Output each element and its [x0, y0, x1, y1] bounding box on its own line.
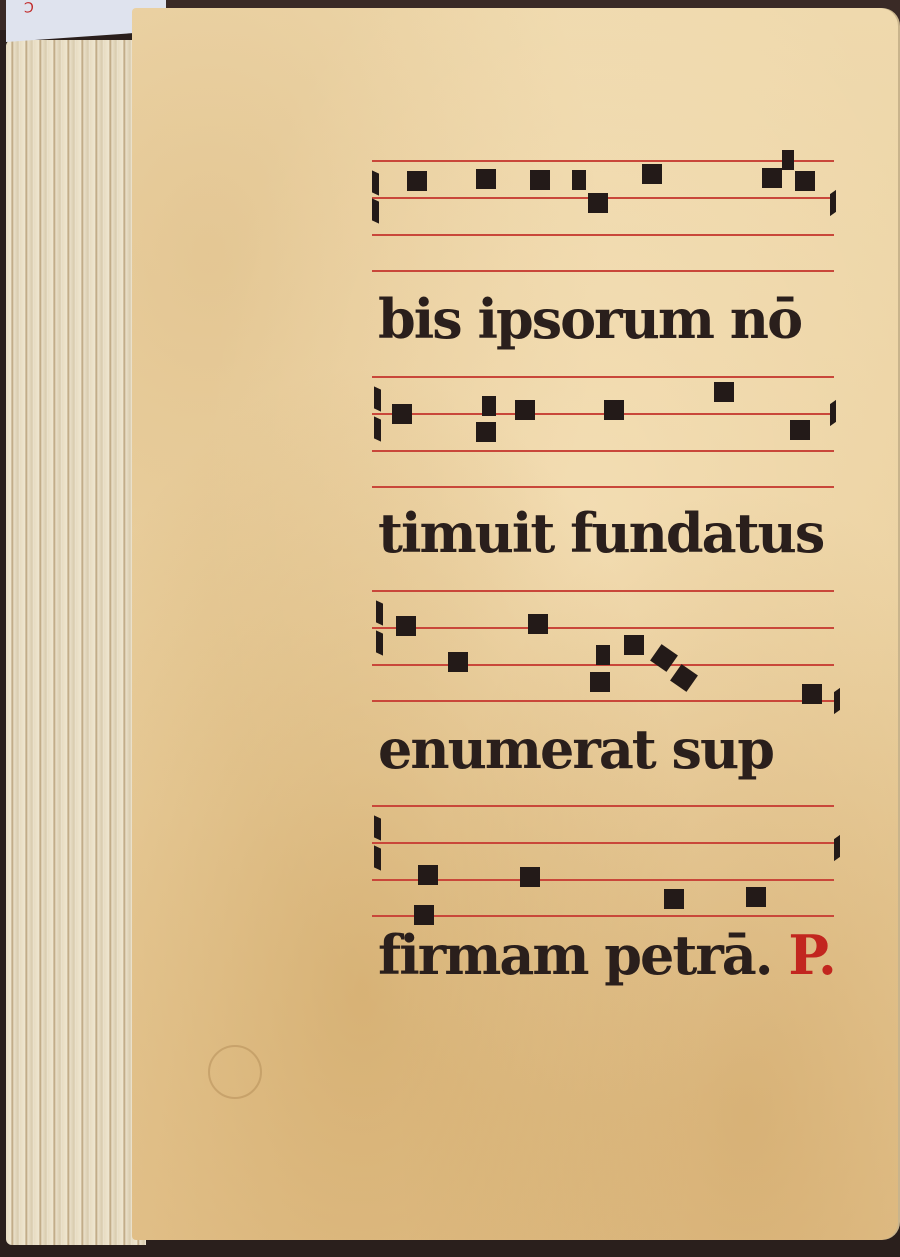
lyric-line-4: firmam petrā. P.: [378, 928, 835, 982]
staff-4: [372, 805, 834, 917]
clef-icon: [372, 170, 379, 195]
custos-icon: [830, 190, 836, 216]
staff-1: [372, 160, 834, 272]
red-mark: Ↄ: [24, 0, 34, 17]
staff-2: [372, 376, 834, 488]
lyric-line-1: bis ipsorum nō: [378, 292, 801, 346]
lyric-line-3: enumerat sup: [378, 722, 773, 776]
stain: [208, 1045, 262, 1099]
clef-icon: [372, 198, 379, 223]
lyric-line-2: timuit fundatus: [378, 506, 823, 560]
page-edges-stack: [6, 40, 146, 1245]
staff-3: [372, 590, 834, 702]
rubric-marker: P.: [788, 923, 834, 987]
